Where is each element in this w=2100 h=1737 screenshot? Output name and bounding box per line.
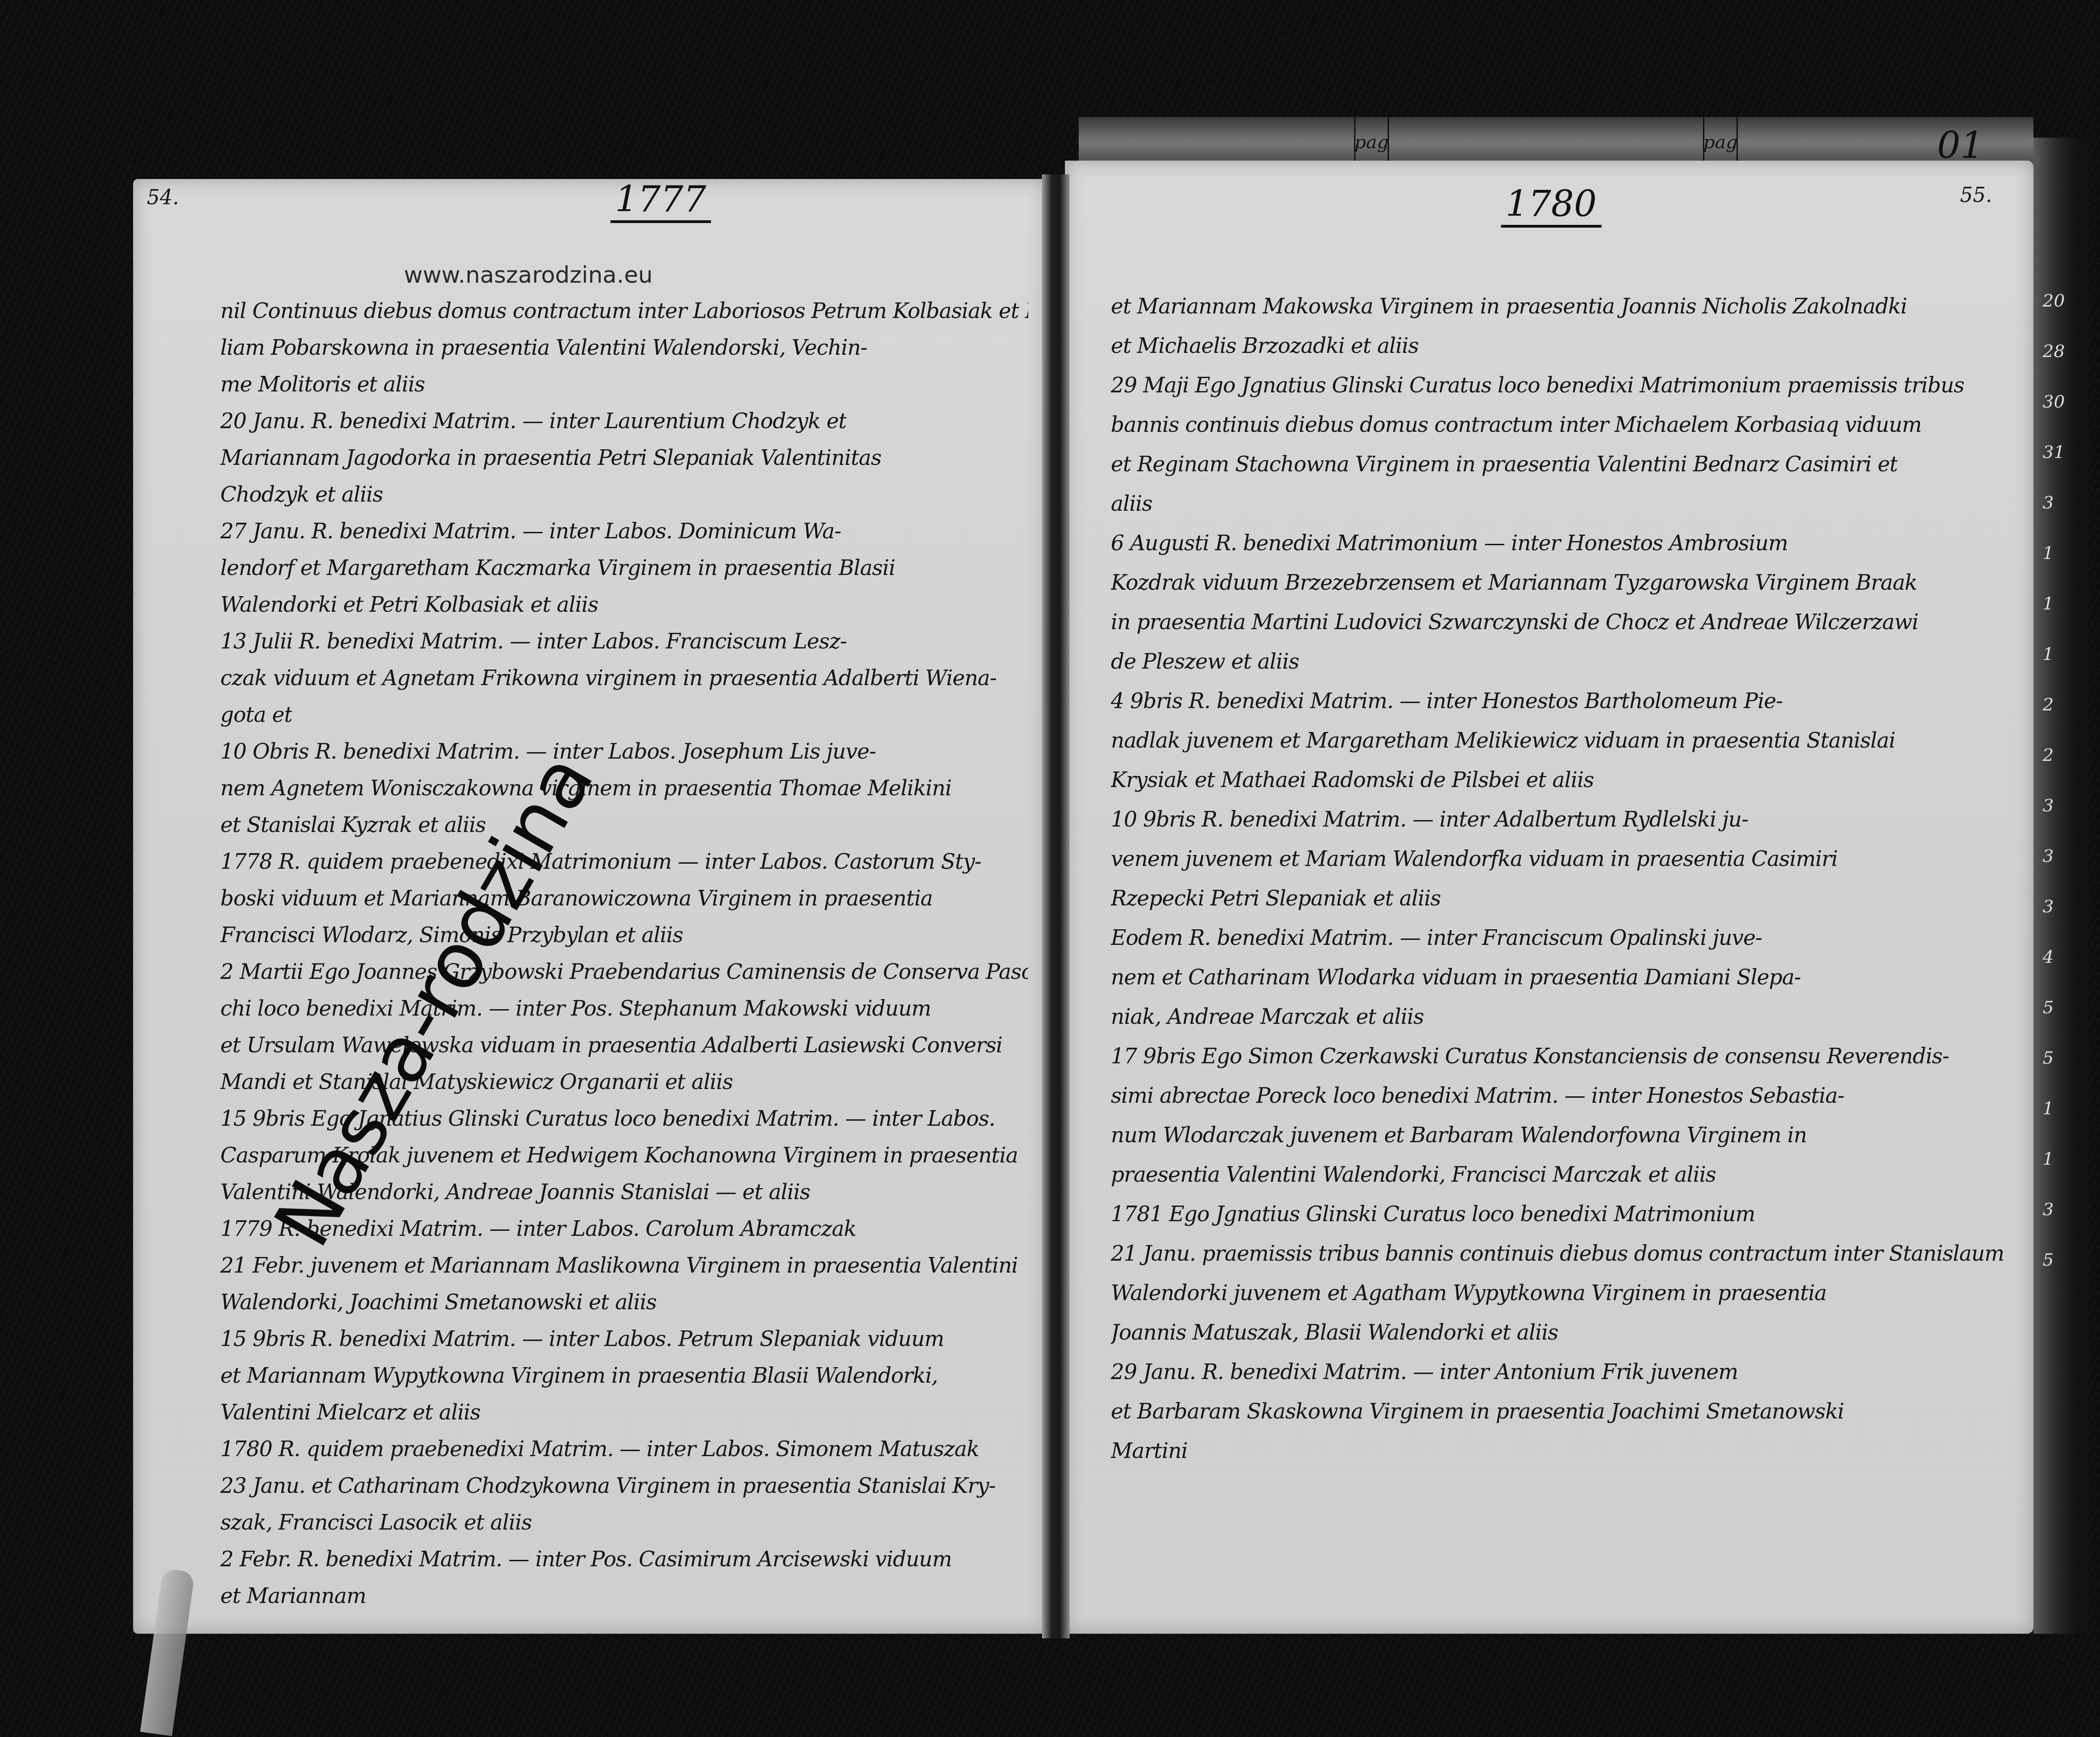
register-line: Krysiak et Mathaei Radomski de Pilsbei e… xyxy=(1111,767,1594,792)
register-line: Walendorki et Petri Kolbasiak et aliis xyxy=(220,592,598,617)
register-line: simi abrectae Poreck loco benedixi Matri… xyxy=(1111,1083,1844,1108)
margin-note: 20 xyxy=(2043,275,2084,326)
register-line: Kozdrak viduum Brzezebrzensem et Mariann… xyxy=(1111,570,1917,595)
right-page-number: 55. xyxy=(1960,184,1992,207)
watermark-url: www.naszarodzina.eu xyxy=(404,262,653,288)
register-line: szak, Francisci Lasocik et aliis xyxy=(220,1510,532,1535)
register-line: 2 Martii Ego Joannes Grzybowski Praebend… xyxy=(220,959,1028,984)
margin-note: 3 xyxy=(2043,1184,2084,1234)
register-line: Joannis Matuszak, Blasii Walendorki et a… xyxy=(1111,1320,1558,1345)
register-line: et Stanislai Kyzrak et aliis xyxy=(220,812,486,837)
register-line: 2 Febr. R. benedixi Matrim. — inter Pos.… xyxy=(220,1547,952,1571)
register-line: et Michaelis Brzozadki et aliis xyxy=(1111,333,1418,358)
margin-note: 3 xyxy=(2043,477,2084,528)
register-line: 29 Maji Ego Jgnatius Glinski Curatus loc… xyxy=(1111,373,1964,397)
register-line: nem et Catharinam Wlodarka viduam in pra… xyxy=(1111,965,1801,989)
register-line: Chodzyk et aliis xyxy=(220,482,383,507)
register-line: czak viduum et Agnetam Frikowna virginem… xyxy=(220,665,997,690)
margin-note: 1 xyxy=(2043,1083,2084,1134)
register-line: et Reginam Stachowna Virginem in praesen… xyxy=(1111,452,1898,476)
register-line: nil Continuus diebus domus contractum in… xyxy=(220,298,1028,323)
register-line: 29 Janu. R. benedixi Matrim. — inter Ant… xyxy=(1111,1359,1738,1384)
register-line: et Mariannam Wypytkowna Virginem in prae… xyxy=(220,1363,938,1388)
margin-note: 1 xyxy=(2043,629,2084,679)
right-page-year: 1780 xyxy=(1501,184,1602,228)
margin-note: 2 xyxy=(2043,730,2084,780)
margin-note: 31 xyxy=(2043,427,2084,477)
register-line: Rzepecki Petri Slepaniak et aliis xyxy=(1111,886,1441,910)
margin-note: 28 xyxy=(2043,326,2084,376)
register-line: 1778 R. quidem praebenedixi Matrimonium … xyxy=(220,849,981,874)
right-margin-notes: 202830313111223334551135 xyxy=(2043,275,2084,1285)
register-line: in praesentia Martini Ludovici Szwarczyn… xyxy=(1111,609,1918,634)
register-line: Martini xyxy=(1111,1438,1187,1463)
register-line: 23 Janu. et Catharinam Chodzykowna Virgi… xyxy=(220,1473,996,1498)
margin-note: 5 xyxy=(2043,1234,2084,1285)
register-line: 21 Febr. juvenem et Mariannam Maslikowna… xyxy=(220,1253,1018,1278)
margin-note: 5 xyxy=(2043,1033,2084,1083)
register-line: 1780 R. quidem praebenedixi Matrim. — in… xyxy=(220,1436,979,1461)
register-line: 17 9bris Ego Simon Czerkawski Curatus Ko… xyxy=(1111,1044,1949,1068)
register-line: 15 9bris R. benedixi Matrim. — inter Lab… xyxy=(220,1326,944,1351)
register-line: liam Pobarskowna in praesentia Valentini… xyxy=(220,335,867,360)
margin-note: 3 xyxy=(2043,881,2084,932)
margin-note: 1 xyxy=(2043,578,2084,629)
register-line: 20 Janu. R. benedixi Matrim. — inter Lau… xyxy=(220,408,846,433)
book-spine-gutter xyxy=(1042,174,1070,1638)
register-line: Walendorki juvenem et Agatham Wypytkowna… xyxy=(1111,1280,1826,1305)
left-page-number: 54. xyxy=(147,186,179,209)
register-line: et Mariannam xyxy=(220,1583,366,1608)
register-line: 4 9bris R. benedixi Matrim. — inter Hone… xyxy=(1111,688,1782,713)
register-line: 10 9bris R. benedixi Matrim. — inter Ada… xyxy=(1111,807,1748,832)
margin-note: 2 xyxy=(2043,679,2084,730)
register-line: Mandi et Stanislai Matyskiewicz Organari… xyxy=(220,1069,733,1094)
register-line: num Wlodarczak juvenem et Barbaram Walen… xyxy=(1111,1123,1807,1147)
margin-note: 5 xyxy=(2043,982,2084,1033)
margin-note: 3 xyxy=(2043,831,2084,881)
register-line: me Molitoris et aliis xyxy=(220,372,425,397)
left-page-year: 1777 xyxy=(610,179,711,223)
register-line: de Pleszew et aliis xyxy=(1111,649,1299,674)
margin-note: 4 xyxy=(2043,932,2084,982)
register-line: praesentia Valentini Walendorki, Francis… xyxy=(1111,1162,1716,1187)
margin-note: 1 xyxy=(2043,1134,2084,1184)
register-line: chi loco benedixi Matrim. — inter Pos. S… xyxy=(220,996,931,1021)
pag-column-2: pag xyxy=(1703,117,1738,168)
register-line: et Mariannam Makowska Virginem in praese… xyxy=(1111,294,1907,318)
register-line: boski viduum et Mariannam Baranowiczowna… xyxy=(220,886,933,910)
register-line: et Ursulam Wawelowska viduam in praesent… xyxy=(220,1033,1002,1057)
register-line: 21 Janu. praemissis tribus bannis contin… xyxy=(1111,1241,2004,1266)
register-line: Valentini Mielcarz et aliis xyxy=(220,1400,480,1424)
register-line: venem juvenem et Mariam Walendorfka vidu… xyxy=(1111,846,1837,871)
pag-column-1: pag xyxy=(1354,117,1389,168)
register-line: 27 Janu. R. benedixi Matrim. — inter Lab… xyxy=(220,519,841,543)
register-line: nadlak juvenem et Margaretham Melikiewic… xyxy=(1111,728,1895,753)
register-line: niak, Andreae Marczak et aliis xyxy=(1111,1004,1424,1029)
register-line: 6 Augusti R. benedixi Matrimonium — inte… xyxy=(1111,531,1788,555)
register-line: gota et xyxy=(220,702,292,727)
register-line: Walendorki, Joachimi Smetanowski et alii… xyxy=(220,1290,656,1314)
register-line: lendorf et Margaretham Kaczmarka Virgine… xyxy=(220,555,895,580)
margin-note: 1 xyxy=(2043,528,2084,578)
register-line: et Barbaram Skaskowna Virginem in praese… xyxy=(1111,1399,1844,1424)
register-line: bannis continuis diebus domus contractum… xyxy=(1111,412,1921,437)
register-line: aliis xyxy=(1111,491,1152,516)
margin-note: 3 xyxy=(2043,780,2084,831)
register-line: Mariannam Jagodorka in praesentia Petri … xyxy=(220,445,881,470)
margin-note: 30 xyxy=(2043,376,2084,427)
register-line: 1781 Ego Jgnatius Glinski Curatus loco b… xyxy=(1111,1201,1755,1226)
register-line: Eodem R. benedixi Matrim. — inter Franci… xyxy=(1111,925,1762,950)
register-line: 13 Julii R. benedixi Matrim. — inter Lab… xyxy=(220,629,846,653)
